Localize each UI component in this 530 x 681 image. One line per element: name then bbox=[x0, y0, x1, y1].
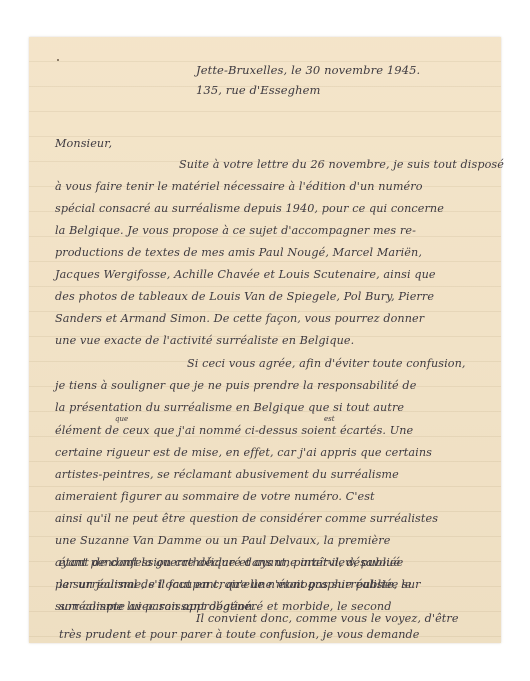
letter-line: une vue exacte de l'activité surréaliste… bbox=[55, 334, 354, 347]
letter-address: 135, rue d'Esseghem bbox=[196, 83, 321, 97]
letter-line: certaine rigueur est de mise, en effet, … bbox=[55, 446, 432, 459]
letter-page: Jette-Bruxelles, le 30 novembre 1945. 13… bbox=[29, 37, 501, 643]
letter-line: productions de textes de mes amis Paul N… bbox=[55, 246, 422, 259]
letter-line: élément de ceux que j'ai nommé ci-dessus… bbox=[55, 424, 413, 437]
letter-line: une Suzanne Van Damme ou un Paul Delvaux… bbox=[55, 534, 390, 547]
letter-line: le surréalisme, s'il faut en croire une … bbox=[59, 578, 421, 591]
letter-line: aimeraient figurer au sommaire de votre … bbox=[55, 490, 375, 503]
letter-salutation: Monsieur, bbox=[55, 137, 112, 150]
letter-line: Si ceci vous agrée, afin d'éviter toute … bbox=[187, 357, 466, 370]
letter-line: Suite à votre lettre du 26 novembre, je … bbox=[179, 158, 504, 171]
letter-line: la présentation du surréalisme en Belgiq… bbox=[55, 401, 404, 414]
letter-line: des photos de tableaux de Louis Van de S… bbox=[55, 290, 434, 303]
letter-line: à vous faire tenir le matériel nécessair… bbox=[55, 180, 423, 193]
letter-line: Sanders et Armand Simon. De cette façon,… bbox=[55, 312, 424, 325]
correction-insert-est: est bbox=[324, 415, 335, 423]
letter-line: Jacques Wergifosse, Achille Chavée et Lo… bbox=[55, 268, 436, 281]
letter-place-date: Jette-Bruxelles, le 30 novembre 1945. bbox=[196, 63, 420, 77]
letter-line: la Belgique. Je vous propose à ce sujet … bbox=[55, 224, 416, 237]
ink-spot bbox=[57, 59, 59, 61]
letter-line: spécial consacré au surréalisme depuis 1… bbox=[55, 202, 444, 215]
letter-line: Il convient donc, comme vous le voyez, d… bbox=[196, 612, 459, 625]
letter-line: je tiens à souligner que je ne puis pren… bbox=[55, 379, 416, 392]
letter-line: étant de confession catholique et ayant,… bbox=[59, 556, 400, 569]
letter-line: ainsi qu'il ne peut être question de con… bbox=[55, 512, 438, 525]
correction-insert-que: que bbox=[115, 415, 128, 423]
letter-line: très prudent et pour parer à toute confu… bbox=[59, 628, 420, 641]
letter-line: artistes-peintres, se réclamant abusivem… bbox=[55, 468, 399, 481]
